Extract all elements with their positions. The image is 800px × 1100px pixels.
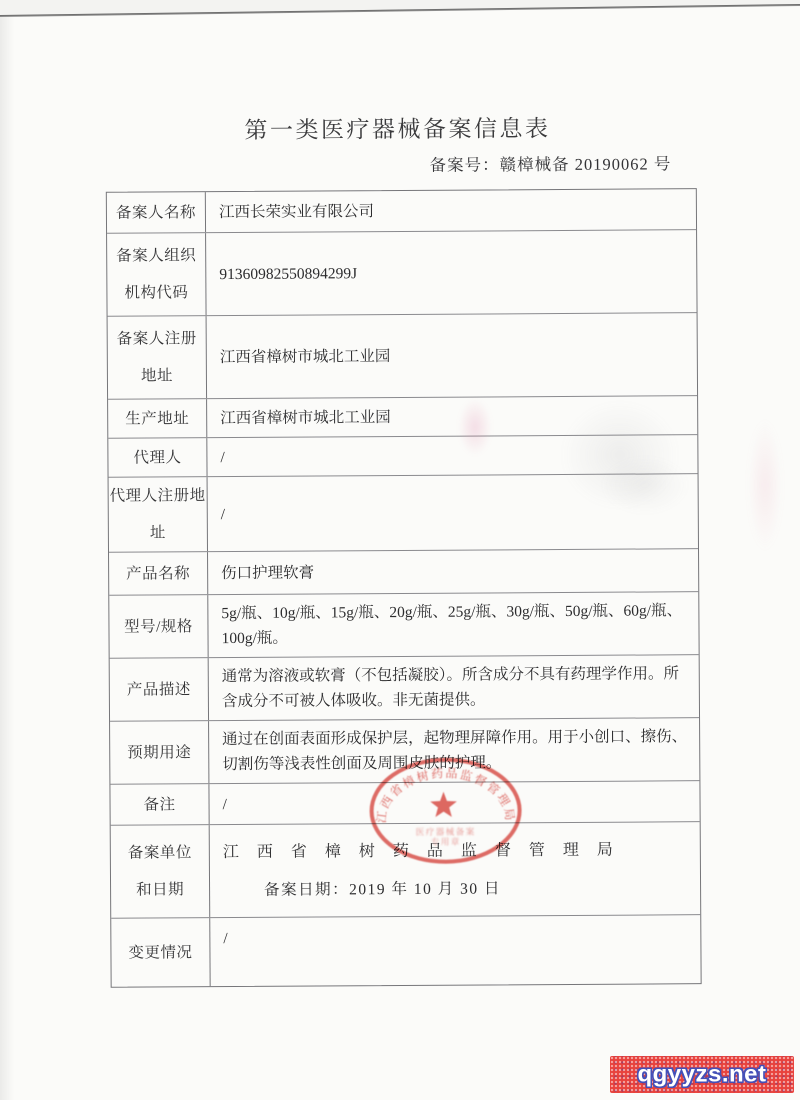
row-value-line: / — [220, 442, 685, 470]
row-label: 预期用途 — [110, 721, 209, 784]
table-row: 型号/规格5g/瓶、10g/瓶、15g/瓶、20g/瓶、25g/瓶、30g/瓶、… — [109, 592, 698, 659]
row-value: 伤口护理软膏 — [208, 549, 698, 594]
row-value: / — [209, 781, 699, 824]
scanned-document-page: 第一类医疗器械备案信息表 备案号：赣樟械备 20190062 号 备案人名称江西… — [0, 0, 800, 1100]
row-label: 代理人 — [108, 438, 207, 477]
row-value-line: 通常为溶液或软膏（不包括凝胶）。所含成分不具有药理学作用。所含成分不可被人体吸收… — [222, 661, 687, 714]
row-value: 通常为溶液或软膏（不包括凝胶）。所含成分不具有药理学作用。所含成分不可被人体吸收… — [209, 655, 699, 720]
row-value-line: / — [223, 923, 688, 951]
table-row: 备案人注册 地址江西省樟树市城北工业园 — [108, 313, 697, 400]
row-label: 型号/规格 — [109, 595, 208, 658]
row-value: 91360982550894299J — [206, 230, 696, 315]
record-number: 备案号：赣樟械备 20190062 号 — [430, 150, 672, 175]
info-table: 备案人名称江西长荣实业有限公司备案人组织 机构代码913609825508942… — [106, 188, 702, 988]
row-value-line: 91360982550894299J — [219, 259, 684, 287]
row-label: 生产地址 — [108, 399, 207, 438]
table-row: 备案人名称江西长荣实业有限公司 — [107, 189, 696, 234]
row-label: 备案人名称 — [107, 192, 206, 233]
row-value-line: / — [221, 499, 686, 527]
watermark-text: qgyyzs.net — [637, 1063, 766, 1086]
scan-left-shadow — [0, 0, 14, 1100]
site-watermark: qgyyzs.net — [610, 1056, 794, 1093]
row-value-line: 伤口护理软膏 — [221, 558, 686, 586]
row-label: 备案人组织 机构代码 — [107, 233, 206, 316]
row-value: / — [210, 915, 700, 986]
row-value-line: 江西省樟树市城北工业园 — [220, 403, 685, 431]
row-value-line: 江西长荣实业有限公司 — [219, 197, 684, 225]
row-value: 5g/瓶、10g/瓶、15g/瓶、20g/瓶、25g/瓶、30g/瓶、50g/瓶… — [208, 592, 698, 657]
table-row: 产品名称伤口护理软膏 — [109, 549, 698, 596]
row-value-line: 江西省樟树药品监督管理局 — [223, 837, 688, 865]
row-label: 产品名称 — [109, 552, 208, 595]
row-label: 备案人注册 地址 — [108, 316, 207, 399]
table-row: 代理人/ — [108, 435, 697, 478]
row-value: / — [208, 474, 698, 551]
row-label: 备注 — [110, 784, 209, 825]
table-row: 备注/ — [110, 781, 699, 826]
row-value-line: 通过在创面表面形成保护层，起物理屏障作用。用于小创口、擦伤、切割伤等浅表性创面及… — [222, 724, 687, 777]
page-title: 第一类医疗器械备案信息表 — [0, 109, 798, 147]
table-row: 备案人组织 机构代码91360982550894299J — [107, 230, 696, 317]
row-value-line: 江西省樟树市城北工业园 — [220, 342, 685, 370]
row-value: 通过在创面表面形成保护层，起物理屏障作用。用于小创口、擦伤、切割伤等浅表性创面及… — [209, 718, 699, 783]
row-value: 江西省樟树市城北工业园 — [207, 313, 697, 398]
table-row: 生产地址江西省樟树市城北工业园 — [108, 396, 697, 439]
row-label: 代理人注册地 址 — [109, 477, 208, 552]
row-value-line: / — [222, 789, 687, 817]
table-row: 备案单位 和日期江西省樟树药品监督管理局备案日期：2019 年 10 月 30 … — [111, 822, 701, 919]
row-value: 江西长荣实业有限公司 — [206, 189, 696, 232]
table-row: 产品描述通常为溶液或软膏（不包括凝胶）。所含成分不具有药理学作用。所含成分不可被… — [110, 655, 699, 722]
table-row: 变更情况/ — [111, 915, 700, 987]
row-value-line: 5g/瓶、10g/瓶、15g/瓶、20g/瓶、25g/瓶、30g/瓶、50g/瓶… — [221, 598, 686, 651]
row-value-line: 备案日期：2019 年 10 月 30 日 — [264, 875, 688, 903]
row-label: 备案单位 和日期 — [111, 825, 211, 918]
row-label: 产品描述 — [110, 658, 209, 721]
row-label: 变更情况 — [111, 918, 210, 987]
table-row: 代理人注册地 址/ — [109, 474, 698, 553]
row-value: 江西省樟树市城北工业园 — [207, 396, 697, 437]
table-row: 预期用途通过在创面表面形成保护层，起物理屏障作用。用于小创口、擦伤、切割伤等浅表… — [110, 718, 699, 785]
row-value: / — [207, 435, 697, 476]
row-value: 江西省樟树药品监督管理局备案日期：2019 年 10 月 30 日 — [210, 822, 701, 917]
